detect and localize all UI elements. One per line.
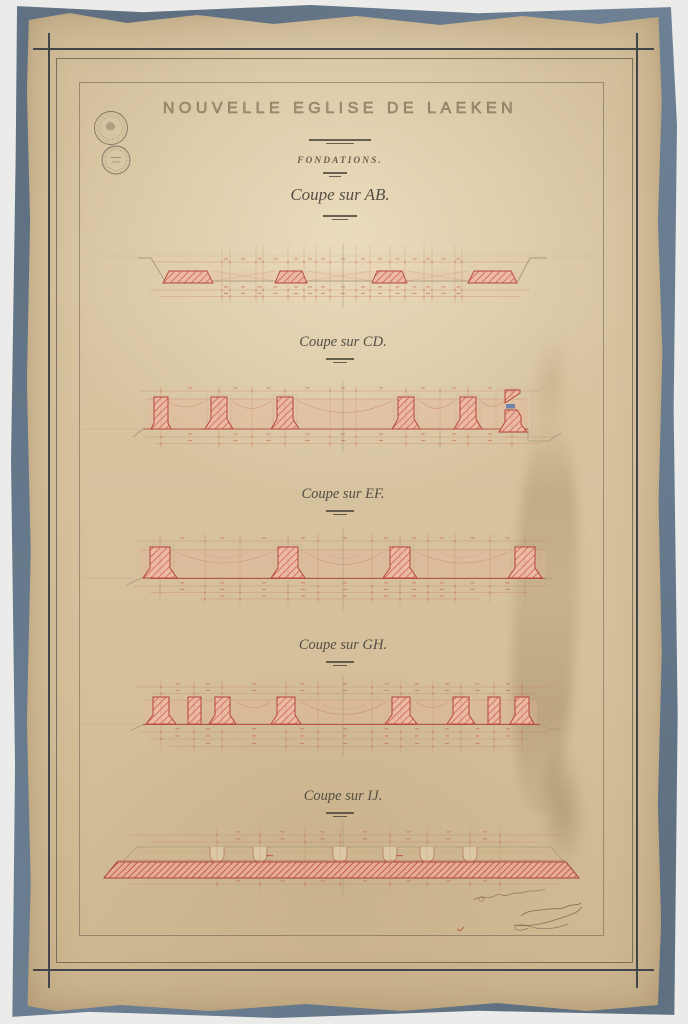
dimension-mark: [471, 582, 475, 583]
dimension-mark: [301, 595, 305, 596]
dimension-mark: [506, 589, 510, 590]
dimension-mark: [237, 838, 241, 839]
dimension-mark: [379, 440, 383, 441]
dimension-mark: [413, 293, 417, 294]
dimension-mark: [294, 258, 298, 259]
blue-detail-mark: [506, 404, 515, 409]
dimension-mark: [341, 440, 345, 441]
dimension-mark: [384, 589, 388, 590]
dimension-mark: [176, 683, 180, 684]
dimension-mark: [252, 728, 256, 729]
dimension-mark: [343, 595, 347, 596]
dimension-mark: [385, 735, 389, 736]
dimension-mark: [234, 433, 238, 434]
dimension-mark: [206, 683, 210, 684]
signature-handwriting: [474, 890, 582, 930]
dimension-mark: [415, 735, 419, 736]
dimension-mark: [421, 387, 425, 388]
dimension-mark: [415, 690, 419, 691]
dimension-mark: [300, 728, 304, 729]
dimension-mark: [447, 831, 451, 832]
dimension-mark: [407, 838, 411, 839]
dimension-mark: [258, 258, 262, 259]
dimension-mark: [379, 433, 383, 434]
dimension-mark: [385, 683, 389, 684]
drawing-linework: [0, 0, 688, 1024]
dimension-mark: [440, 582, 444, 583]
dimension-mark: [274, 286, 278, 287]
dimension-mark: [447, 880, 451, 881]
section-drawing-gh: [82, 675, 561, 757]
dimension-mark: [294, 293, 298, 294]
dimension-mark: [267, 433, 271, 434]
dimension-mark: [506, 728, 510, 729]
dimension-mark: [308, 293, 312, 294]
dimension-mark: [341, 433, 345, 434]
dimension-mark: [206, 735, 210, 736]
dimension-mark: [506, 690, 510, 691]
dimension-mark: [379, 387, 383, 388]
dimension-mark: [363, 831, 367, 832]
dimension-mark: [241, 258, 245, 259]
section-drawing-ab: [100, 243, 592, 308]
dimension-mark: [224, 258, 228, 259]
dimension-mark: [262, 589, 266, 590]
dimension-mark: [361, 293, 365, 294]
dimension-mark: [281, 831, 285, 832]
dimension-mark: [281, 880, 285, 881]
dimension-mark: [341, 293, 345, 294]
section-drawing-cd: [82, 381, 561, 452]
dimension-mark: [237, 880, 241, 881]
dimension-mark: [341, 258, 345, 259]
dimension-mark: [258, 286, 262, 287]
dimension-mark: [385, 743, 389, 744]
dimension-mark: [476, 728, 480, 729]
dimension-mark: [188, 387, 192, 388]
dimension-mark: [396, 258, 400, 259]
dimension-mark: [447, 838, 451, 839]
dimension-mark: [440, 595, 444, 596]
dimension-mark: [412, 537, 416, 538]
dimension-mark: [258, 293, 262, 294]
archive-stamp-upper: [95, 112, 128, 145]
dimension-mark: [300, 683, 304, 684]
section-drawing-ef: [82, 528, 553, 610]
dimension-mark: [267, 440, 271, 441]
dimension-mark: [306, 387, 310, 388]
dimension-mark: [241, 293, 245, 294]
dimension-mark: [341, 286, 345, 287]
dimension-mark: [440, 537, 444, 538]
dimension-mark: [234, 440, 238, 441]
dimension-mark: [452, 387, 456, 388]
dimension-mark: [221, 582, 225, 583]
dimension-mark: [506, 735, 510, 736]
dimension-mark: [385, 690, 389, 691]
dimension-mark: [301, 537, 305, 538]
dimension-mark: [321, 831, 325, 832]
red-check-mark: [457, 927, 464, 931]
dimension-mark: [301, 589, 305, 590]
dimension-mark: [252, 735, 256, 736]
dimension-mark: [176, 728, 180, 729]
dimension-mark: [421, 433, 425, 434]
dimension-mark: [483, 838, 487, 839]
dimension-mark: [506, 582, 510, 583]
dimension-mark: [321, 258, 325, 259]
dimension-mark: [488, 387, 492, 388]
dimension-mark: [343, 582, 347, 583]
dimension-mark: [442, 293, 446, 294]
dimension-mark: [363, 880, 367, 881]
dimension-mark: [476, 683, 480, 684]
dimension-mark: [224, 293, 228, 294]
dimension-mark: [267, 387, 271, 388]
dimension-mark: [488, 433, 492, 434]
dimension-mark: [407, 831, 411, 832]
dimension-mark: [440, 589, 444, 590]
dimension-mark: [445, 683, 449, 684]
dimension-mark: [415, 743, 419, 744]
dimension-mark: [206, 743, 210, 744]
dimension-mark: [413, 286, 417, 287]
dimension-mark: [413, 258, 417, 259]
dimension-mark: [306, 433, 310, 434]
archive-stamp-lower: [102, 146, 130, 174]
dimension-mark: [343, 743, 347, 744]
dimension-mark: [396, 293, 400, 294]
dimension-mark: [321, 880, 325, 881]
dimension-mark: [442, 286, 446, 287]
dimension-mark: [384, 595, 388, 596]
dimension-mark: [343, 537, 347, 538]
dimension-mark: [452, 440, 456, 441]
dimension-mark: [343, 589, 347, 590]
dimension-mark: [300, 690, 304, 691]
dimension-mark: [181, 582, 185, 583]
dimension-mark: [221, 537, 225, 538]
dimension-mark: [321, 286, 325, 287]
dimension-mark: [384, 537, 388, 538]
dimension-mark: [407, 880, 411, 881]
dimension-mark: [300, 743, 304, 744]
dimension-mark: [476, 735, 480, 736]
dimension-mark: [181, 537, 185, 538]
dimension-mark: [445, 690, 449, 691]
dimension-mark: [378, 293, 382, 294]
dimension-mark: [415, 728, 419, 729]
dimension-mark: [221, 595, 225, 596]
dimension-mark: [281, 838, 285, 839]
dimension-mark: [385, 728, 389, 729]
dimension-mark: [188, 433, 192, 434]
dimension-mark: [378, 258, 382, 259]
dimension-mark: [361, 258, 365, 259]
dimension-mark: [321, 838, 325, 839]
dimension-mark: [206, 728, 210, 729]
dimension-mark: [262, 582, 266, 583]
dimension-mark: [426, 293, 430, 294]
dimension-mark: [321, 293, 325, 294]
dimension-mark: [412, 589, 416, 590]
dimension-mark: [421, 440, 425, 441]
dimension-mark: [457, 286, 461, 287]
dimension-mark: [343, 683, 347, 684]
dimension-mark: [237, 831, 241, 832]
dimension-mark: [483, 831, 487, 832]
dimension-mark: [442, 258, 446, 259]
dimension-mark: [252, 683, 256, 684]
dimension-mark: [445, 728, 449, 729]
dimension-mark: [294, 286, 298, 287]
dimension-mark: [343, 728, 347, 729]
dimension-mark: [262, 595, 266, 596]
dimension-mark: [252, 743, 256, 744]
dimension-mark: [506, 537, 510, 538]
dimension-mark: [476, 743, 480, 744]
dimension-mark: [457, 293, 461, 294]
dimension-mark: [343, 735, 347, 736]
dimension-mark: [308, 258, 312, 259]
dimension-mark: [234, 387, 238, 388]
dimension-mark: [241, 286, 245, 287]
dimension-mark: [471, 537, 475, 538]
dimension-mark: [363, 838, 367, 839]
dimension-mark: [452, 433, 456, 434]
dimension-mark: [306, 440, 310, 441]
dimension-mark: [343, 690, 347, 691]
dimension-mark: [181, 589, 185, 590]
dimension-mark: [412, 595, 416, 596]
dimension-mark: [206, 690, 210, 691]
dimension-mark: [445, 743, 449, 744]
dimension-mark: [361, 286, 365, 287]
dimension-mark: [506, 683, 510, 684]
dimension-mark: [262, 537, 266, 538]
dimension-mark: [188, 440, 192, 441]
dimension-mark: [412, 582, 416, 583]
dimension-mark: [488, 440, 492, 441]
dimension-mark: [176, 735, 180, 736]
sheet-overlay: NOUVELLE EGLISE DE LAEKEN FONDATIONS. Co…: [0, 0, 688, 1024]
section-drawing-ij: [104, 822, 579, 896]
dimension-mark: [384, 582, 388, 583]
dimension-mark: [176, 690, 180, 691]
scan-background: NOUVELLE EGLISE DE LAEKEN FONDATIONS. Co…: [0, 0, 688, 1024]
dimension-mark: [252, 690, 256, 691]
concrete-slab: [104, 862, 579, 878]
dimension-mark: [274, 293, 278, 294]
dimension-mark: [483, 880, 487, 881]
dimension-mark: [274, 258, 278, 259]
dimension-mark: [224, 286, 228, 287]
dimension-mark: [476, 690, 480, 691]
dimension-mark: [300, 735, 304, 736]
dimension-mark: [471, 589, 475, 590]
dimension-mark: [396, 286, 400, 287]
dimension-mark: [221, 589, 225, 590]
dimension-mark: [426, 258, 430, 259]
dimension-mark: [341, 387, 345, 388]
dimension-mark: [426, 286, 430, 287]
dimension-mark: [445, 735, 449, 736]
dimension-mark: [301, 582, 305, 583]
dimension-mark: [308, 286, 312, 287]
dimension-mark: [378, 286, 382, 287]
dimension-mark: [415, 683, 419, 684]
dimension-mark: [457, 258, 461, 259]
